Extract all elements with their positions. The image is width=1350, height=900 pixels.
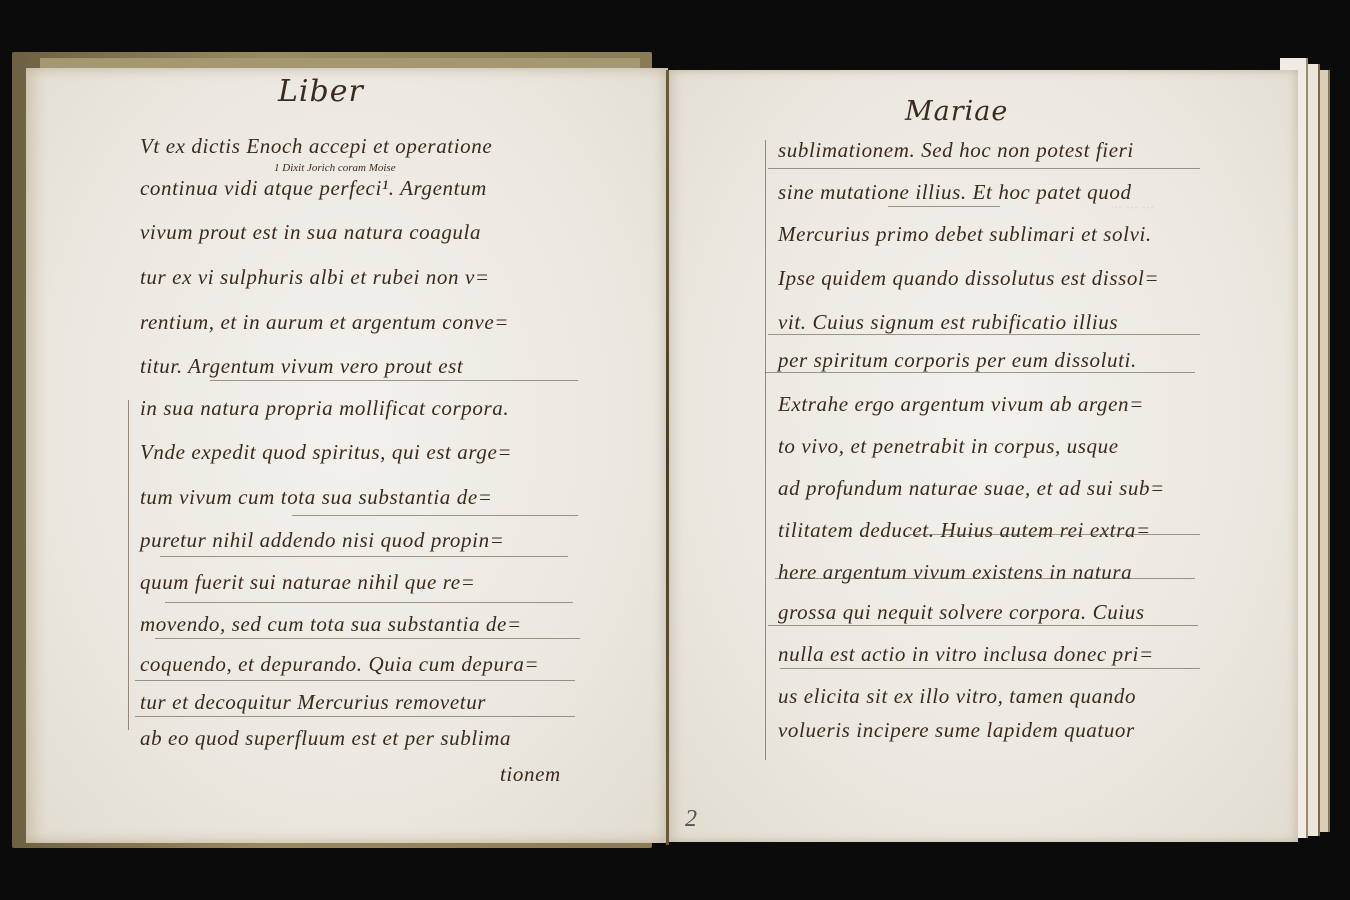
manuscript-line: vit. Cuius signum est rubificatio illius [778, 310, 1118, 335]
manuscript-line: us elicita sit ex illo vitro, tamen quan… [778, 684, 1136, 709]
manuscript-line: sine mutatione illius. Et hoc patet quod [778, 180, 1132, 205]
manuscript-line: ab eo quod superfluum est et per sublima [140, 726, 511, 751]
manuscript-line: Vt ex dictis Enoch accepi et operatione [140, 134, 492, 159]
manuscript-photo: ··· ··· ··· Liber Vt ex dictis Enoch acc… [0, 0, 1350, 900]
manuscript-line: Ipse quidem quando dissolutus est dissol… [778, 266, 1159, 291]
manuscript-line: tur ex vi sulphuris albi et rubei non v= [140, 265, 490, 290]
underline [155, 638, 580, 639]
manuscript-line: ad profundum naturae suae, et ad sui sub… [778, 476, 1165, 501]
underline [888, 206, 1000, 207]
margin-bracket [128, 400, 129, 730]
manuscript-line: tilitatem deducet. Huius autem rei extra… [778, 518, 1151, 543]
margin-bracket [765, 140, 766, 760]
manuscript-line: Extrahe ergo argentum vivum ab argen= [778, 392, 1144, 417]
underline [160, 556, 568, 557]
manuscript-line: grossa qui nequit solvere corpora. Cuius [778, 600, 1145, 625]
underline [768, 625, 1198, 626]
interlinear-note: 1 Dixit Jorich coram Moise [274, 162, 396, 174]
manuscript-line: Vnde expedit quod spiritus, qui est arge… [140, 440, 512, 465]
manuscript-line: to vivo, et penetrabit in corpus, usque [778, 434, 1119, 459]
manuscript-line-catchword: tionem [500, 762, 561, 787]
right-page-heading: Mariae [905, 96, 1008, 127]
manuscript-line: volueris incipere sume lapidem quatuor [778, 718, 1135, 743]
manuscript-line: quum fuerit sui naturae nihil que re= [140, 570, 475, 595]
underline [135, 680, 575, 681]
manuscript-line: vivum prout est in sua natura coagula [140, 220, 481, 245]
manuscript-line: puretur nihil addendo nisi quod propin= [140, 528, 504, 553]
folio-number: 2 [685, 806, 697, 833]
manuscript-line: Mercurius primo debet sublimari et solvi… [778, 222, 1152, 247]
manuscript-line: movendo, sed cum tota sua substantia de= [140, 612, 522, 637]
manuscript-line: tum vivum cum tota sua substantia de= [140, 485, 493, 510]
manuscript-line: rentium, et in aurum et argentum conve= [140, 310, 509, 335]
manuscript-line: tur et decoquitur Mercurius removetur [140, 690, 486, 715]
manuscript-line: nulla est actio in vitro inclusa donec p… [778, 642, 1154, 667]
manuscript-line: here argentum vivum existens in natura [778, 560, 1132, 585]
underline [135, 716, 575, 717]
manuscript-line: continua vidi atque perfeci¹. Argentum [140, 176, 487, 201]
manuscript-line: per spiritum corporis per eum dissoluti. [778, 348, 1137, 373]
underline [780, 668, 1200, 669]
underline [292, 515, 578, 516]
underline [210, 380, 578, 381]
left-page-heading: Liber [278, 74, 364, 109]
book-gutter [666, 70, 669, 845]
manuscript-line: coquendo, et depurando. Quia cum depura= [140, 652, 539, 677]
underline [165, 602, 573, 603]
manuscript-line: sublimationem. Sed hoc non potest fieri [778, 138, 1134, 163]
underline [768, 334, 1200, 335]
underline [775, 578, 1195, 579]
manuscript-line: titur. Argentum vivum vero prout est [140, 354, 463, 379]
underline [908, 534, 1200, 535]
underline [768, 168, 1200, 169]
underline [765, 372, 1195, 373]
manuscript-line: in sua natura propria mollificat corpora… [140, 396, 509, 421]
